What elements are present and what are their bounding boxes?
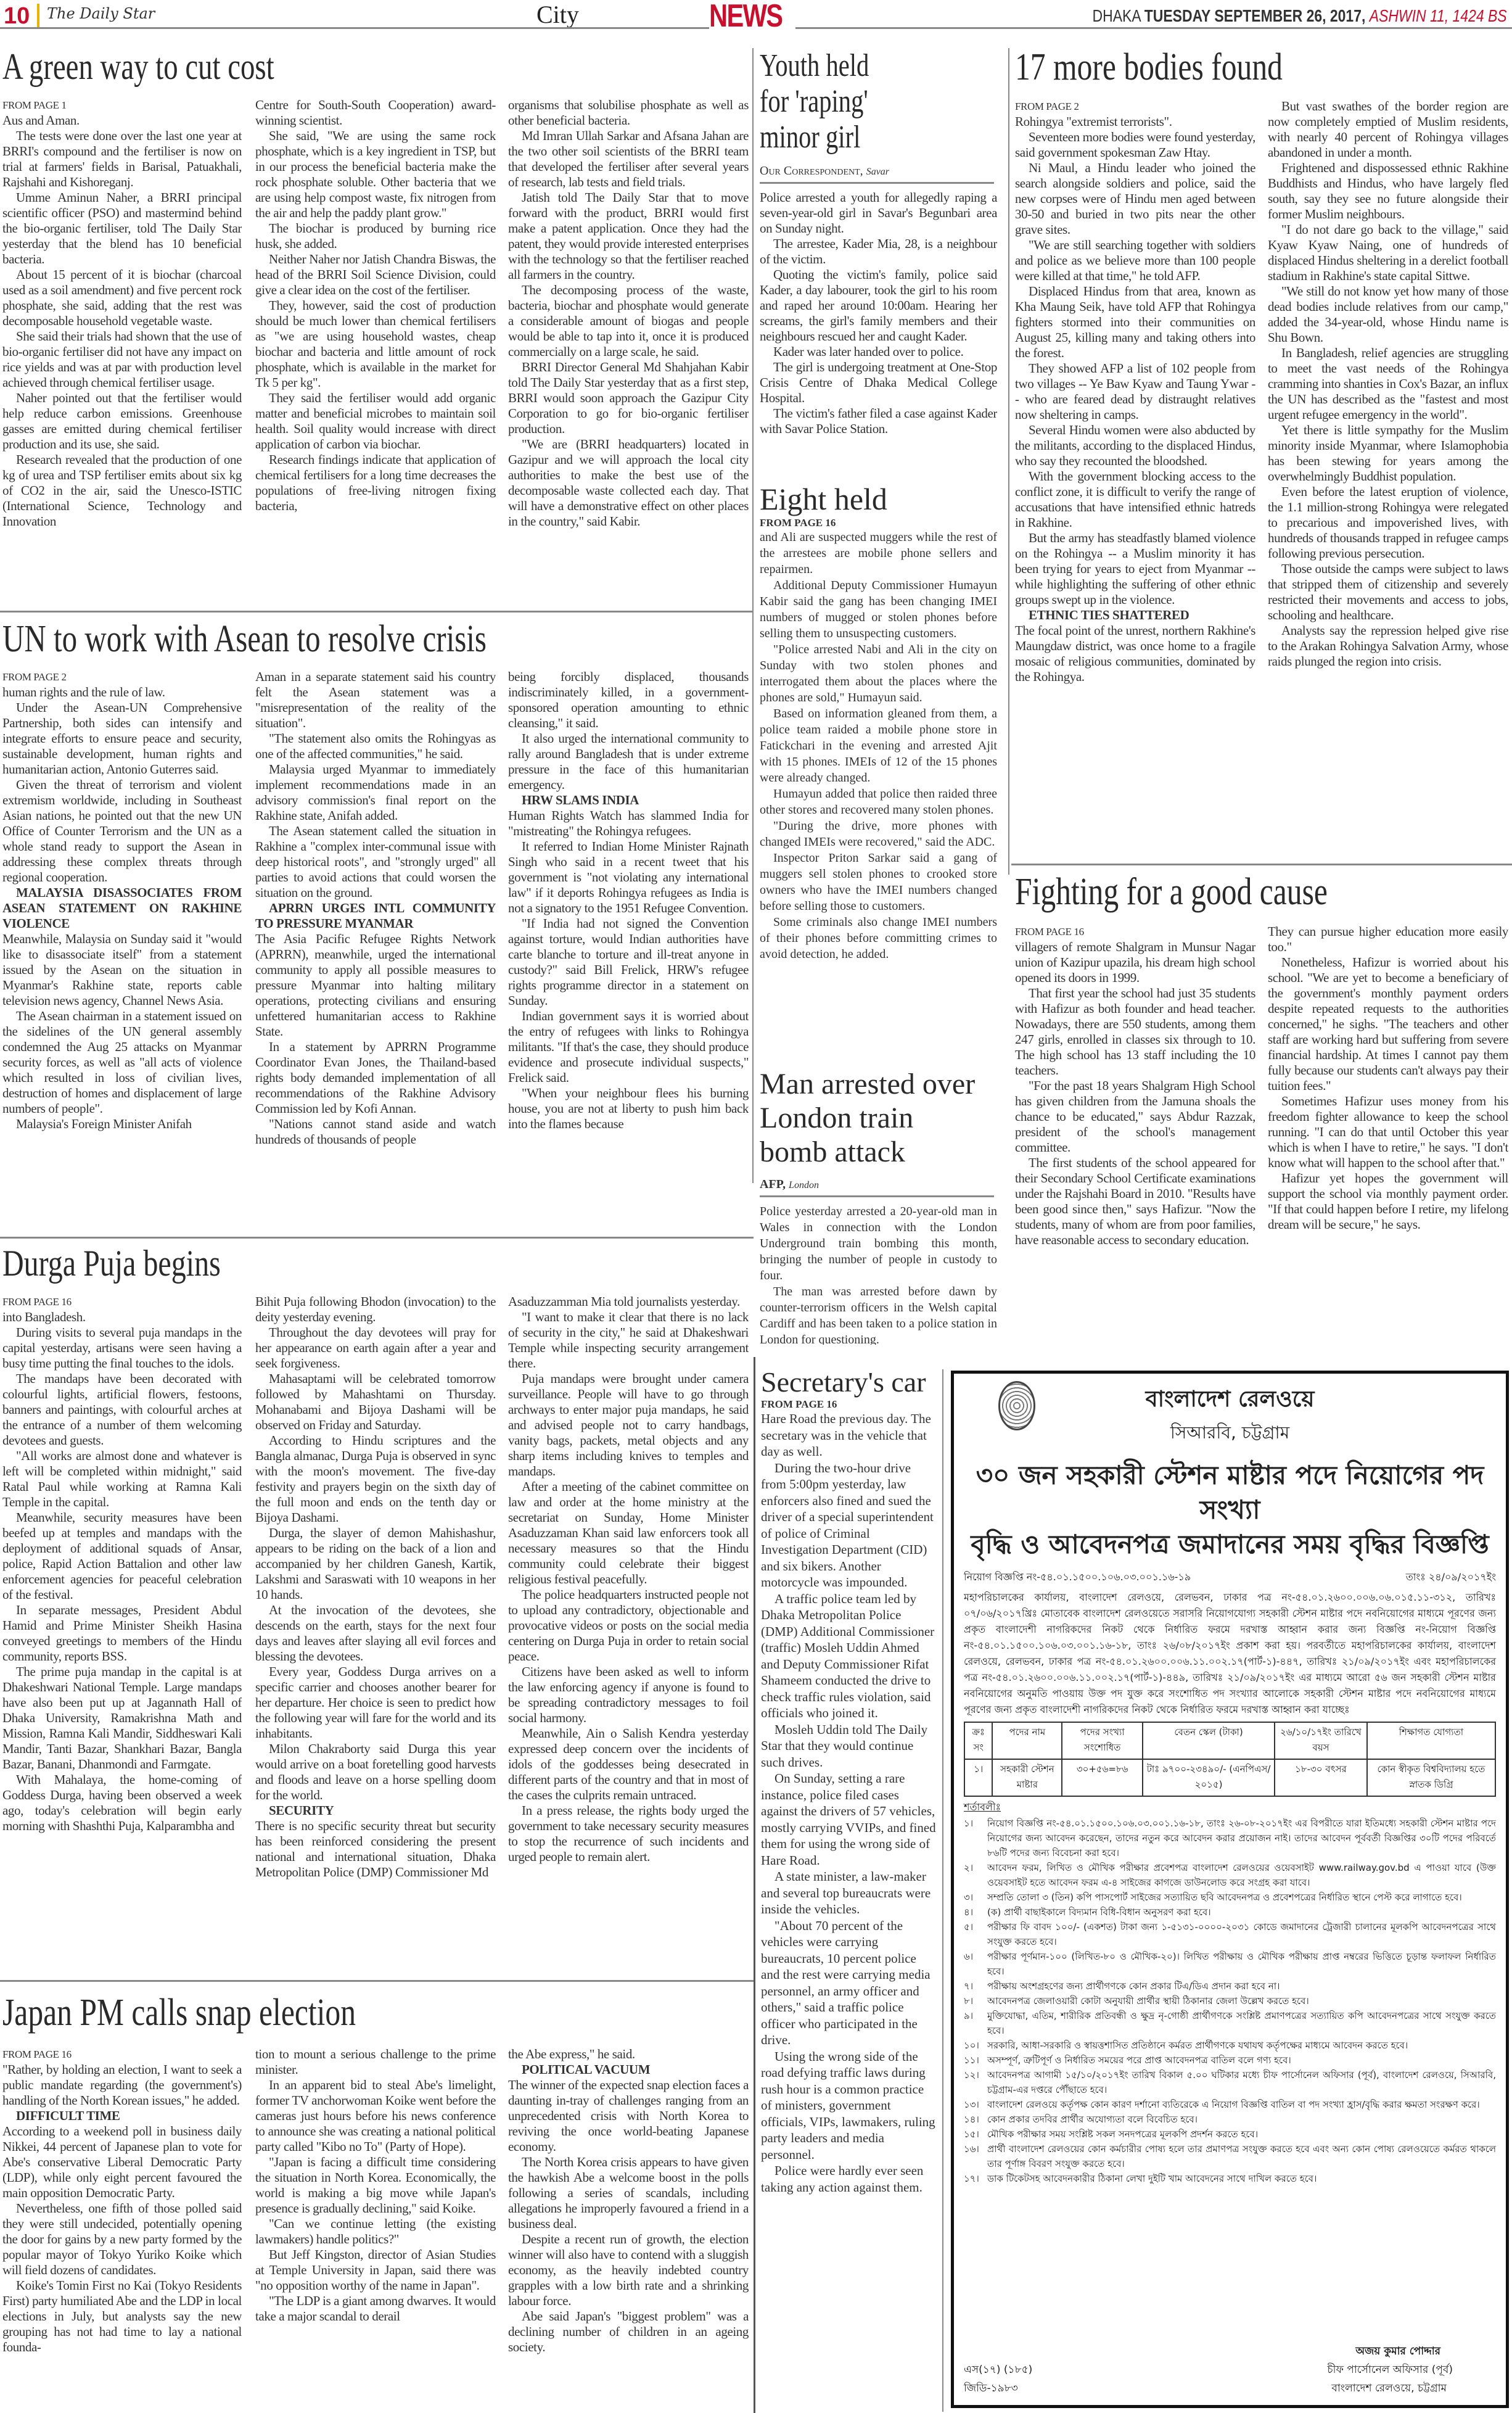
condition-text: প্রার্থী বাংলাদেশ রেলওয়ের কোন কর্মচারীর… xyxy=(987,2142,1496,2171)
headline-japan-pm: Japan PM calls snap election xyxy=(2,1994,356,2032)
dateline-bangla: ASHWIN 11, 1424 BS xyxy=(1370,6,1507,25)
condition-number: ১৬। xyxy=(964,2142,987,2171)
headline-green-way: A green way to cut cost xyxy=(2,48,274,85)
london-body: Police yesterday arrested a 20-year-old … xyxy=(760,1203,997,1345)
japan-col-1: FROM PAGE 16 "Rather, by holding an elec… xyxy=(2,2047,242,2413)
article-eight-held: Eight held FROM PAGE 16 and Ali are susp… xyxy=(760,481,1003,999)
ad-office: সিআরবি, চট্টগ্রাম xyxy=(964,1419,1496,1448)
ad-condition-item: ৭।পরীক্ষায় অংশগ্রহণের জন্য প্রার্থীগণকে… xyxy=(964,1979,1496,1994)
subheading: ETHNIC TIES SHATTERED xyxy=(1015,608,1255,623)
headline-eight-held: Eight held xyxy=(760,481,1003,517)
ad-condition-item: ১।নিয়োগ বিজ্ঞপ্তি নং-৫৪.০১.১৫০০.১০৬.০৩.… xyxy=(964,1816,1496,1860)
condition-text: অসম্পূর্ণ, ত্রুটিপূর্ণ ও নির্ধারিত সময়ে… xyxy=(987,2053,1496,2068)
ad-condition-item: ১৩।বাংলাদেশ রেলওয়ে কর্তৃপক্ষ কোন কারণ দ… xyxy=(964,2097,1496,2112)
byline-rule xyxy=(760,1195,994,1197)
from-page: FROM PAGE 16 xyxy=(761,1398,940,1411)
article-secretary-car: Secretary's car FROM PAGE 16 Hare Road t… xyxy=(761,1366,940,2409)
signatory-title: চীফ পার্সোনেল অফিসার (পূর্ব) xyxy=(1327,2361,1496,2379)
headline-secretary-car: Secretary's car xyxy=(761,1366,940,1398)
condition-number: ১৪। xyxy=(964,2112,987,2127)
divider xyxy=(0,611,754,613)
condition-number: ২। xyxy=(964,1860,987,1890)
condition-number: ১৫। xyxy=(964,2127,987,2142)
ad-intro: মহাপরিচালকের কার্যালয়, বাংলাদেশ রেলওয়ে… xyxy=(964,1590,1496,1718)
youth-body: Police arrested a youth for allegedly ra… xyxy=(760,190,997,437)
eight-body: and Ali are suspected muggers while the … xyxy=(760,529,997,962)
un-col-2: Aman in a separate statement said his co… xyxy=(255,669,496,1237)
ad-condition-item: ১৪।কোন প্রকার তদবির প্রার্থীর অযোগ্যতা ব… xyxy=(964,2112,1496,2127)
news-label: NEWS xyxy=(709,0,782,35)
headline-london-bomb: Man arrested over London train bomb atta… xyxy=(760,1067,1003,1169)
signatory-org: বাংলাদেশ রেলওয়ে, চট্টগ্রাম xyxy=(1331,2379,1496,2398)
from-page: FROM PAGE 1 xyxy=(2,97,242,113)
ad-condition-item: ১৬।প্রার্থী বাংলাদেশ রেলওয়ের কোন কর্মচা… xyxy=(964,2142,1496,2171)
ad-code-1: এস(১৭) (১৮৫) xyxy=(964,2361,1032,2379)
headline-un-asean: UN to work with Asean to resolve crisis xyxy=(2,620,487,658)
headline-youth-held: Youth held for 'raping' minor girl xyxy=(760,48,950,155)
ad-code-2: জিডি-১৯৮৩ xyxy=(964,2379,1018,2398)
byline-rule xyxy=(760,182,994,184)
ad-condition-item: ১২।আবেদনপত্র আগামী ১৫/১০/২০১৭ইং তারিখ বি… xyxy=(964,2068,1496,2097)
headline-fighting-cause: Fighting for a good cause xyxy=(1015,873,1328,911)
durga-col-1: FROM PAGE 16 into Bangladesh. During vis… xyxy=(2,1294,242,1979)
byline: Our Correspondent, Savar xyxy=(760,164,1003,178)
condition-text: আবেদনপত্র জেলাওয়ারী কোটা অনুযায়ী প্রার… xyxy=(987,1994,1496,2008)
green-col-3: organisms that solubilise phosphate as w… xyxy=(508,97,749,609)
condition-text: (ক) প্রার্থী বাছাইকালে বিদ্যমান বিধি-বিধ… xyxy=(987,1905,1496,1920)
japan-col-2: tion to mount a serious challenge to the… xyxy=(255,2047,496,2413)
column-divider xyxy=(1008,48,1009,875)
condition-text: নিয়োগ বিজ্ঞপ্তি নং-৫৪.০১.১৫০০.১০৬.০৩.০০… xyxy=(987,1816,1496,1860)
bodies-col-2: But vast swathes of the border region ar… xyxy=(1268,99,1508,860)
subheading: SECURITY xyxy=(255,1803,496,1818)
ad-conditions-label: শর্তাবলীঃ xyxy=(964,1799,1496,1816)
condition-text: কোন প্রকার তদবির প্রার্থীর অযোগ্যতা বলে … xyxy=(987,2112,1496,2127)
masthead-rule-left xyxy=(0,27,709,29)
subheading: HRW SLAMS INDIA xyxy=(508,793,749,808)
condition-text: সরকারি, আধা-সরকারি ও স্বায়ত্তশাসিত প্রত… xyxy=(987,2038,1496,2053)
ad-date: তাংঃ ২৪/০৯/২০১৭ইং xyxy=(1406,1569,1496,1586)
from-page: FROM PAGE 2 xyxy=(2,669,242,685)
table-header-row: ক্রঃ সং পদের নাম পদের সংখ্যা সংশোধিত বেত… xyxy=(964,1722,1495,1759)
ad-condition-item: ৮।আবেদনপত্র জেলাওয়ারী কোটা অনুযায়ী প্র… xyxy=(964,1994,1496,2008)
page-number-divider xyxy=(37,4,39,27)
ad-condition-item: ১৭।ডাক টিকেটসহ আবেদনকারীর ঠিকানা লেখা দু… xyxy=(964,2171,1496,2186)
ad-condition-item: ৪।(ক) প্রার্থী বাছাইকালে বিদ্যমান বিধি-ব… xyxy=(964,1905,1496,1920)
from-page: FROM PAGE 2 xyxy=(1015,99,1255,114)
secretary-body: Hare Road the previous day. The secretar… xyxy=(761,1411,937,2195)
ad-ref-row: নিয়োগ বিজ্ঞপ্তি নং-৫৪.০১.১৫০০.১০৬.০৩.০০… xyxy=(964,1569,1496,1586)
newspaper-logo: The Daily Star xyxy=(47,5,155,22)
green-col-1: FROM PAGE 1 Aus and Aman. The tests were… xyxy=(2,97,242,609)
condition-number: ১৭। xyxy=(964,2171,987,2186)
from-page: FROM PAGE 16 xyxy=(760,517,1003,529)
byline: AFP, London xyxy=(760,1178,1003,1192)
article-london-bomb: Man arrested over London train bomb atta… xyxy=(760,1067,1003,1345)
condition-number: ৫। xyxy=(964,1920,987,1949)
table-row: ১। সহকারী স্টেশন মাষ্টার ৩০+৫৬=৮৬ টাঃ ৯৭… xyxy=(964,1759,1495,1796)
condition-number: ৭। xyxy=(964,1979,987,1994)
condition-text: আবেদনপত্র আগামী ১৫/১০/২০১৭ইং তারিখ বিকাল… xyxy=(987,2068,1496,2097)
ad-post-table: ক্রঃ সং পদের নাম পদের সংখ্যা সংশোধিত বেত… xyxy=(964,1722,1496,1797)
condition-number: ১৩। xyxy=(964,2097,987,2112)
ad-condition-item: ১১।অসম্পূর্ণ, ত্রুটিপূর্ণ ও নির্ধারিত সম… xyxy=(964,2053,1496,2068)
ad-condition-item: ১৫।মৌখিক পরীক্ষার সময় সংশ্লিষ্ট সকল সনদ… xyxy=(964,2127,1496,2142)
ad-condition-item: ৬।পরীক্ষার পূর্ণমান-১০০ (লিখিত-৮০ ও মৌখি… xyxy=(964,1949,1496,1979)
durga-col-3: Asaduzzamman Mia told journalists yester… xyxy=(508,1294,749,1979)
japan-col-3: the Abe express," he said. POLITICAL VAC… xyxy=(508,2047,749,2413)
railway-advertisement: বাংলাদেশ রেলওয়ে সিআরবি, চট্টগ্রাম ৩০ জন… xyxy=(951,1371,1509,2408)
bodies-col-1: FROM PAGE 2 Rohingya "extremist terroris… xyxy=(1015,99,1255,860)
headline-durga-puja: Durga Puja begins xyxy=(2,1245,221,1282)
fighting-col-2: They can pursue higher education more ea… xyxy=(1268,924,1508,1350)
masthead-rule-right xyxy=(795,27,1512,29)
dateline-date: TUESDAY SEPTEMBER 26, 2017, xyxy=(1144,6,1366,25)
ad-title: ৩০ জন সহকারী স্টেশন মাষ্টার পদে নিয়োগের… xyxy=(964,1458,1496,1562)
divider xyxy=(1011,864,1512,865)
condition-number: ১। xyxy=(964,1816,987,1860)
un-col-1: FROM PAGE 2 human rights and the rule of… xyxy=(2,669,242,1237)
ad-condition-item: ১০।সরকারি, আধা-সরকারি ও স্বায়ত্তশাসিত প… xyxy=(964,2038,1496,2053)
ad-condition-item: ২।আবেদন ফরম, লিখিত ও মৌখিক পরীক্ষার প্রব… xyxy=(964,1860,1496,1890)
subheading: DIFFICULT TIME xyxy=(2,2108,242,2124)
ad-conditions-list: ১।নিয়োগ বিজ্ঞপ্তি নং-৫৪.০১.১৫০০.১০৬.০৩.… xyxy=(964,1816,1496,2186)
ad-ref-no: নিয়োগ বিজ্ঞপ্তি নং-৫৪.০১.১৫০০.১০৬.০৩.০০… xyxy=(964,1569,1191,1586)
un-col-3: being forcibly displaced, thousands indi… xyxy=(508,669,749,1237)
condition-text: পরীক্ষার পূর্ণমান-১০০ (লিখিত-৮০ ও মৌখিক-… xyxy=(987,1949,1496,1979)
subheading: POLITICAL VACUUM xyxy=(508,2062,749,2077)
masthead: 10 The Daily Star City NEWS DHAKA TUESDA… xyxy=(0,0,1512,38)
condition-text: বাংলাদেশ রেলওয়ে কর্তৃপক্ষ কোন কারণ দর্শ… xyxy=(987,2097,1496,2112)
divider xyxy=(0,1980,754,1982)
ad-footer: অজয় কুমার পোদ্দার এস(১৭) (১৮৫) চীফ পার্… xyxy=(964,2342,1496,2398)
headline-17-bodies: 17 more bodies found xyxy=(1015,48,1283,86)
subheading: APRRN URGES INTL COMMUNITY TO PRESSURE M… xyxy=(255,901,496,931)
ad-condition-item: ৫।পরীক্ষার ফি বাবদ ১০০/- (একশত) টাকা জন্… xyxy=(964,1920,1496,1949)
from-page: FROM PAGE 16 xyxy=(2,1294,242,1310)
condition-text: মুক্তিযোদ্ধা, এতিম, শারীরিক প্রতিবন্ধী ও… xyxy=(987,2008,1496,2038)
condition-text: সম্প্রতি তোলা ৩ (তিন) কপি পাসপোর্ট সাইজে… xyxy=(987,1890,1496,1905)
condition-number: ১০। xyxy=(964,2038,987,2053)
condition-number: ৮। xyxy=(964,1994,987,2008)
page-number: 10 xyxy=(4,2,30,30)
condition-text: আবেদন ফরম, লিখিত ও মৌখিক পরীক্ষার প্রবেশ… xyxy=(987,1860,1496,1890)
subheading: MALAYSIA DISASSOCIATES FROM ASEAN STATEM… xyxy=(2,885,242,931)
condition-number: ১১। xyxy=(964,2053,987,2068)
ad-condition-item: ৯।মুক্তিযোদ্ধা, এতিম, শারীরিক প্রতিবন্ধী… xyxy=(964,2008,1496,2038)
condition-number: ৯। xyxy=(964,2008,987,2038)
durga-col-2: Bihit Puja following Bhodon (invocation)… xyxy=(255,1294,496,1979)
dateline: DHAKA TUESDAY SEPTEMBER 26, 2017, ASHWIN… xyxy=(1093,6,1507,26)
divider xyxy=(0,1237,754,1239)
green-col-2: Centre for South-South Cooperation) awar… xyxy=(255,97,496,609)
column-divider xyxy=(942,1369,943,2412)
condition-text: পরীক্ষায় অংশগ্রহণের জন্য প্রার্থীগণকে ক… xyxy=(987,1979,1496,1994)
condition-text: ডাক টিকেটসহ আবেদনকারীর ঠিকানা লেখা দুইটি… xyxy=(987,2171,1496,2186)
article-youth-held: Youth held for 'raping' minor girl Our C… xyxy=(760,48,1003,468)
railway-seal-icon xyxy=(998,1381,1035,1430)
condition-text: পরীক্ষার ফি বাবদ ১০০/- (একশত) টাকা জন্য … xyxy=(987,1920,1496,1949)
from-page: FROM PAGE 16 xyxy=(1015,924,1255,939)
condition-number: ৪। xyxy=(964,1905,987,1920)
dateline-city: DHAKA xyxy=(1093,6,1141,25)
ad-condition-item: ৩।সম্প্রতি তোলা ৩ (তিন) কপি পাসপোর্ট সাই… xyxy=(964,1890,1496,1905)
signatory-name: অজয় কুমার পোদ্দার xyxy=(964,2342,1496,2361)
ad-org: বাংলাদেশ রেলওয়ে xyxy=(964,1382,1496,1419)
condition-text: মৌখিক পরীক্ষার সময় সংশ্লিষ্ট সকল সনদপত্… xyxy=(987,2127,1496,2142)
condition-number: ১২। xyxy=(964,2068,987,2097)
condition-number: ৩। xyxy=(964,1890,987,1905)
column-divider xyxy=(752,48,754,1183)
from-page: FROM PAGE 16 xyxy=(2,2047,242,2062)
fighting-col-1: FROM PAGE 16 villagers of remote Shalgra… xyxy=(1015,924,1255,1350)
section-label: City xyxy=(536,0,579,29)
condition-number: ৬। xyxy=(964,1949,987,1979)
